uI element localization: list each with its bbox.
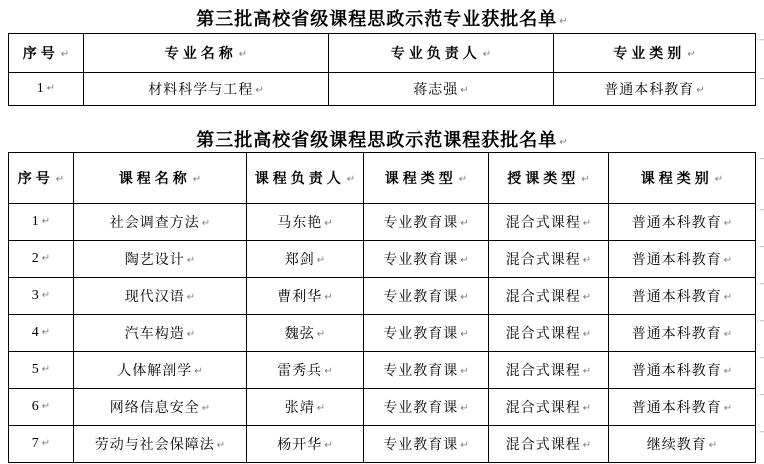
cell-course-name: 汽车构造↵ bbox=[74, 315, 247, 352]
paragraph-mark-icon: ↵ bbox=[583, 292, 591, 303]
cell-course-leader: 曹利华↵ bbox=[247, 278, 364, 315]
majors-title: 第三批高校省级课程思政示范专业获批名单↵ bbox=[0, 5, 764, 31]
paragraph-mark-icon: ↵ bbox=[42, 401, 50, 412]
table-row: 5↵ 人体解剖学↵ 雷秀兵↵ 专业教育课↵ 混合式课程↵ 普通本科教育↵·¬ bbox=[9, 352, 756, 389]
paragraph-mark-icon: ↵ bbox=[724, 366, 732, 377]
paragraph-mark-icon: ↵ bbox=[460, 366, 468, 377]
paragraph-mark-icon: ↵ bbox=[483, 49, 491, 60]
paragraph-mark-icon: ↵ bbox=[460, 403, 468, 414]
paragraph-mark-icon: ↵ bbox=[583, 329, 591, 340]
cell-course-leader: 魏弦↵ bbox=[247, 315, 364, 352]
cell-seq: 5↵ bbox=[9, 352, 74, 389]
paragraph-mark-icon: ↵ bbox=[187, 255, 195, 266]
paragraph-mark-icon: ↵ bbox=[61, 49, 69, 60]
table-row: 1↵ 材料科学与工程↵ 蒋志强↵ 普通本科教育↵·¬ bbox=[9, 73, 756, 106]
cell-course-leader: 杨开华↵ bbox=[247, 426, 364, 463]
column-header-course-type: 课程类型↵ bbox=[364, 153, 489, 204]
paragraph-mark-icon: ↵ bbox=[583, 366, 591, 377]
column-header-course-leader: 课程负责人↵ bbox=[247, 153, 364, 204]
cell-course-category: 普通本科教育↵·¬ bbox=[609, 315, 756, 352]
cell-course-leader: 张靖↵ bbox=[247, 389, 364, 426]
paragraph-mark-icon: ↵ bbox=[324, 440, 332, 451]
cell-course-leader: 郑剑↵ bbox=[247, 241, 364, 278]
cell-course-type: 专业教育课↵ bbox=[364, 204, 489, 241]
row-end-mark-icon: ·¬ bbox=[757, 243, 764, 252]
majors-header-row: 序号↵ 专业名称↵ 专业负责人↵ 专业类别↵·¬ bbox=[9, 34, 756, 73]
paragraph-mark-icon: ↵ bbox=[202, 218, 210, 229]
paragraph-mark-icon: ↵ bbox=[217, 440, 225, 451]
paragraph-mark-icon: ↵ bbox=[42, 438, 50, 449]
column-header-major-name: 专业名称↵ bbox=[84, 34, 329, 73]
cell-course-type: 专业教育课↵ bbox=[364, 241, 489, 278]
paragraph-mark-icon: ↵ bbox=[460, 255, 468, 266]
courses-title: 第三批高校省级课程思政示范课程获批名单↵ bbox=[0, 126, 764, 152]
cell-teaching-type: 混合式课程↵ bbox=[489, 315, 609, 352]
paragraph-mark-icon: ↵ bbox=[715, 174, 723, 185]
cell-course-leader: 马东艳↵ bbox=[247, 204, 364, 241]
paragraph-mark-icon: ↵ bbox=[239, 49, 247, 60]
row-end-mark-icon: ·¬ bbox=[757, 36, 764, 45]
cell-teaching-type: 混合式课程↵ bbox=[489, 204, 609, 241]
courses-title-text: 第三批高校省级课程思政示范课程获批名单 bbox=[196, 130, 557, 150]
table-row: 6↵ 网络信息安全↵ 张靖↵ 专业教育课↵ 混合式课程↵ 普通本科教育↵·¬ bbox=[9, 389, 756, 426]
cell-course-name: 劳动与社会保障法↵ bbox=[74, 426, 247, 463]
paragraph-mark-icon: ↵ bbox=[460, 218, 468, 229]
paragraph-mark-icon: ↵ bbox=[255, 85, 263, 96]
paragraph-mark-icon: ↵ bbox=[317, 403, 325, 414]
paragraph-mark-icon: ↵ bbox=[583, 440, 591, 451]
cell-seq: 3↵ bbox=[9, 278, 74, 315]
paragraph-mark-icon: ↵ bbox=[724, 218, 732, 229]
column-header-course-name: 课程名称↵ bbox=[74, 153, 247, 204]
table-row: 1↵ 社会调查方法↵ 马东艳↵ 专业教育课↵ 混合式课程↵ 普通本科教育↵·¬ bbox=[9, 204, 756, 241]
row-end-mark-icon: ·¬ bbox=[757, 354, 764, 363]
column-header-major-category: 专业类别↵·¬ bbox=[554, 34, 756, 73]
column-header-course-category: 课程类别↵·¬ bbox=[609, 153, 756, 204]
paragraph-mark-icon: ↵ bbox=[42, 290, 50, 301]
cell-seq: 7↵ bbox=[9, 426, 74, 463]
paragraph-mark-icon: ↵ bbox=[194, 366, 202, 377]
cell-course-category: 普通本科教育↵·¬ bbox=[609, 278, 756, 315]
cell-seq: 6↵ bbox=[9, 389, 74, 426]
column-header-major-leader: 专业负责人↵ bbox=[329, 34, 554, 73]
paragraph-mark-icon: ↵ bbox=[317, 329, 325, 340]
courses-table: 序号↵ 课程名称↵ 课程负责人↵ 课程类型↵ 授课类型↵ 课程类别↵·¬ 1↵ … bbox=[8, 152, 756, 463]
paragraph-mark-icon: ↵ bbox=[42, 327, 50, 338]
cell-course-category: 普通本科教育↵·¬ bbox=[609, 389, 756, 426]
cell-major-name: 材料科学与工程↵ bbox=[84, 73, 329, 106]
cell-seq: 2↵ bbox=[9, 241, 74, 278]
paragraph-mark-icon: ↵ bbox=[47, 83, 55, 94]
paragraph-mark-icon: ↵ bbox=[317, 255, 325, 266]
paragraph-mark-icon: ↵ bbox=[202, 403, 210, 414]
row-end-mark-icon: ·¬ bbox=[757, 317, 764, 326]
table-row: 2↵ 陶艺设计↵ 郑剑↵ 专业教育课↵ 混合式课程↵ 普通本科教育↵·¬ bbox=[9, 241, 756, 278]
cell-course-name: 陶艺设计↵ bbox=[74, 241, 247, 278]
paragraph-mark-icon: ↵ bbox=[724, 403, 732, 414]
courses-header-row: 序号↵ 课程名称↵ 课程负责人↵ 课程类型↵ 授课类型↵ 课程类别↵·¬ bbox=[9, 153, 756, 204]
cell-course-type: 专业教育课↵ bbox=[364, 352, 489, 389]
cell-course-type: 专业教育课↵ bbox=[364, 315, 489, 352]
paragraph-mark-icon: ↵ bbox=[460, 292, 468, 303]
paragraph-mark-icon: ↵ bbox=[559, 137, 567, 148]
paragraph-mark-icon: ↵ bbox=[724, 292, 732, 303]
paragraph-mark-icon: ↵ bbox=[687, 49, 695, 60]
cell-major-leader: 蒋志强↵ bbox=[329, 73, 554, 106]
paragraph-mark-icon: ↵ bbox=[724, 255, 732, 266]
paragraph-mark-icon: ↵ bbox=[460, 329, 468, 340]
majors-table: 序号↵ 专业名称↵ 专业负责人↵ 专业类别↵·¬ 1↵ 材料科学与工程↵ 蒋志强… bbox=[8, 33, 756, 106]
row-end-mark-icon: ·¬ bbox=[757, 206, 764, 215]
paragraph-mark-icon: ↵ bbox=[583, 403, 591, 414]
column-header-seq: 序号↵ bbox=[9, 153, 74, 204]
table-row: 4↵ 汽车构造↵ 魏弦↵ 专业教育课↵ 混合式课程↵ 普通本科教育↵·¬ bbox=[9, 315, 756, 352]
paragraph-mark-icon: ↵ bbox=[193, 174, 201, 185]
table-row: 3↵ 现代汉语↵ 曹利华↵ 专业教育课↵ 混合式课程↵ 普通本科教育↵·¬ bbox=[9, 278, 756, 315]
paragraph-mark-icon: ↵ bbox=[460, 85, 468, 96]
paragraph-mark-icon: ↵ bbox=[559, 16, 567, 27]
cell-major-category: 普通本科教育↵·¬ bbox=[554, 73, 756, 106]
row-end-mark-icon: ·¬ bbox=[757, 75, 764, 84]
paragraph-mark-icon: ↵ bbox=[460, 440, 468, 451]
cell-course-type: 专业教育课↵ bbox=[364, 278, 489, 315]
paragraph-mark-icon: ↵ bbox=[42, 364, 50, 375]
cell-seq: 1↵ bbox=[9, 73, 84, 106]
paragraph-mark-icon: ↵ bbox=[583, 255, 591, 266]
cell-teaching-type: 混合式课程↵ bbox=[489, 241, 609, 278]
cell-course-category: 普通本科教育↵·¬ bbox=[609, 241, 756, 278]
cell-teaching-type: 混合式课程↵ bbox=[489, 352, 609, 389]
row-end-mark-icon: ·¬ bbox=[757, 391, 764, 400]
paragraph-mark-icon: ↵ bbox=[581, 174, 589, 185]
row-end-mark-icon: ·¬ bbox=[757, 155, 764, 164]
column-header-teaching-type: 授课类型↵ bbox=[489, 153, 609, 204]
cell-teaching-type: 混合式课程↵ bbox=[489, 389, 609, 426]
cell-course-leader: 雷秀兵↵ bbox=[247, 352, 364, 389]
paragraph-mark-icon: ↵ bbox=[324, 292, 332, 303]
cell-seq: 4↵ bbox=[9, 315, 74, 352]
paragraph-mark-icon: ↵ bbox=[583, 218, 591, 229]
column-header-seq: 序号↵ bbox=[9, 34, 84, 73]
cell-course-name: 现代汉语↵ bbox=[74, 278, 247, 315]
paragraph-mark-icon: ↵ bbox=[42, 253, 50, 264]
cell-teaching-type: 混合式课程↵ bbox=[489, 426, 609, 463]
majors-title-text: 第三批高校省级课程思政示范专业获批名单 bbox=[196, 9, 557, 29]
paragraph-mark-icon: ↵ bbox=[696, 85, 704, 96]
paragraph-mark-icon: ↵ bbox=[459, 174, 467, 185]
cell-course-category: 继续教育↵·¬ bbox=[609, 426, 756, 463]
paragraph-mark-icon: ↵ bbox=[187, 292, 195, 303]
paragraph-mark-icon: ↵ bbox=[56, 174, 64, 185]
row-end-mark-icon: ·¬ bbox=[757, 428, 764, 437]
cell-course-name: 人体解剖学↵ bbox=[74, 352, 247, 389]
paragraph-mark-icon: ↵ bbox=[724, 329, 732, 340]
cell-course-category: 普通本科教育↵·¬ bbox=[609, 352, 756, 389]
cell-teaching-type: 混合式课程↵ bbox=[489, 278, 609, 315]
row-end-mark-icon: ·¬ bbox=[757, 280, 764, 289]
cell-course-category: 普通本科教育↵·¬ bbox=[609, 204, 756, 241]
cell-seq: 1↵ bbox=[9, 204, 74, 241]
paragraph-mark-icon: ↵ bbox=[187, 329, 195, 340]
table-row: 7↵ 劳动与社会保障法↵ 杨开华↵ 专业教育课↵ 混合式课程↵ 继续教育↵·¬ bbox=[9, 426, 756, 463]
cell-course-name: 社会调查方法↵ bbox=[74, 204, 247, 241]
cell-course-type: 专业教育课↵ bbox=[364, 389, 489, 426]
paragraph-mark-icon: ↵ bbox=[324, 218, 332, 229]
cell-course-name: 网络信息安全↵ bbox=[74, 389, 247, 426]
paragraph-mark-icon: ↵ bbox=[42, 216, 50, 227]
paragraph-mark-icon: ↵ bbox=[347, 174, 355, 185]
cell-course-type: 专业教育课↵ bbox=[364, 426, 489, 463]
paragraph-mark-icon: ↵ bbox=[324, 366, 332, 377]
paragraph-mark-icon: ↵ bbox=[709, 440, 717, 451]
